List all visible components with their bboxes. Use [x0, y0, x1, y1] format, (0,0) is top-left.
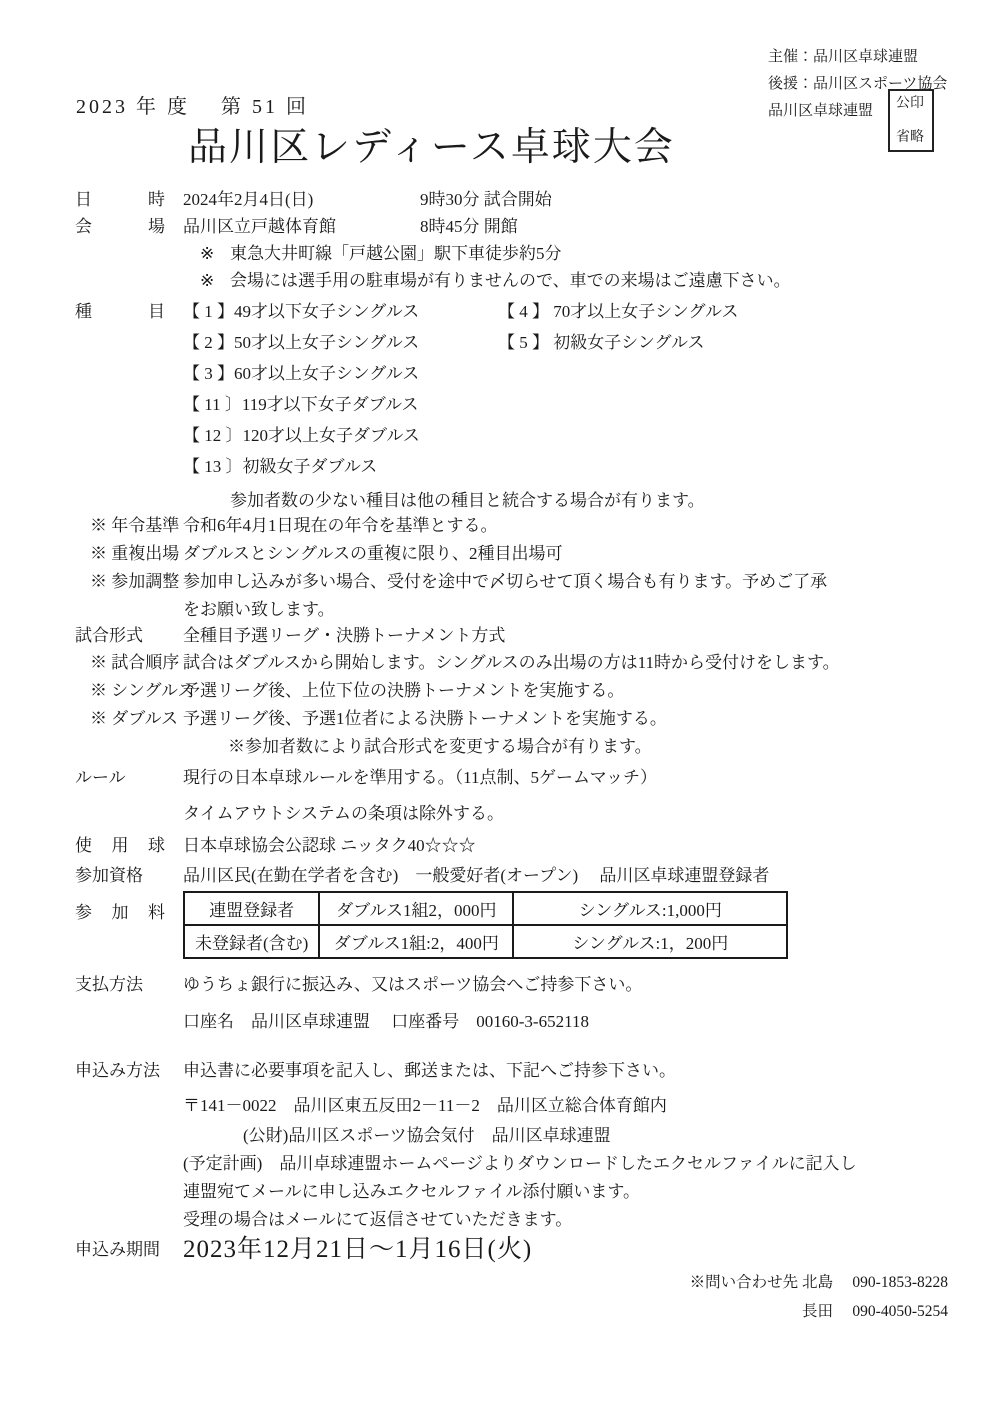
- venue-value: 品川区立戸越体育館: [183, 213, 420, 240]
- adjustment-text: 参加申し込みが多い場合、受付を途中で〆切らせて頂く場合も有ります。予めご了承: [183, 568, 827, 596]
- fee-table: 連盟登録者 ダブルス1組2，000円 シングルス:1,000円 未登録者(含む)…: [183, 891, 788, 959]
- ball-label: 使用球: [75, 832, 183, 859]
- payment-row: 支払方法 ゆうちょ銀行に振込み、又はスポーツ協会へご持参下さい。: [0, 971, 992, 998]
- bank-account-line: 口座名 品川区卓球連盟 口座番号 00160-3-652118: [0, 1008, 992, 1035]
- seal-box-line2: 省略: [896, 130, 926, 145]
- singles-format-label: ※ シングルス: [90, 677, 183, 705]
- event-item-3: 【 3 】60才以上女子シングルス: [183, 358, 498, 389]
- rules-section: ルール 現行の日本卓球ルールを準用する。（11点制、5ゲームマッチ） タイムアウ…: [0, 764, 992, 827]
- duplicate-entry-label: ※ 重複出場: [90, 540, 183, 568]
- criteria-section: ※ 年令基準 令和6年4月1日現在の年令を基準とする。 ※ 重複出場 ダブルスと…: [0, 512, 992, 624]
- parking-note-text: 会場には選手用の駐車場が有りませんので、車での来場はご遠慮下さい。: [230, 271, 791, 290]
- match-order-text: 試合はダブルスから開始します。シングルスのみ出場の方は11時から受付けをします。: [183, 649, 840, 677]
- age-criteria-row: ※ 年令基準 令和6年4月1日現在の年令を基準とする。: [0, 512, 992, 540]
- date-value: 2024年2月4日(日): [183, 186, 420, 213]
- application-period-row: 申込み期間 2023年12月21日〜1月16日(火): [0, 1232, 532, 1268]
- fee-table-row-unregistered: 未登録者(含む) ダブルス1組:2，400円 シングルス:1，200円: [184, 925, 787, 958]
- adjustment-label: ※ 参加調整: [90, 568, 183, 596]
- contact-line-nagata: 長田 090-4050-5254: [690, 1297, 948, 1326]
- ball-text: 日本卓球協会公認球 ニッタク40☆☆☆: [183, 832, 476, 859]
- mail-attachment-note: 連盟宛てメールに申し込みエクセルファイル添付願います。: [0, 1178, 992, 1206]
- format-change-note: ※参加者数により試合形式を変更する場合が有ります。: [0, 733, 992, 761]
- application-section: 申込み方法 申込書に必要事項を記入し、郵送または、下記へご持参下さい。 〒141…: [0, 1057, 992, 1234]
- duplicate-entry-text: ダブルスとシングルスの重複に限り、2種目出場可: [183, 540, 563, 568]
- application-method-text: 申込書に必要事項を記入し、郵送または、下記へご持参下さい。: [183, 1057, 676, 1092]
- schedule-section: 日時 2024年2月4日(日) 9時30分 試合開始 会場 品川区立戸越体育館 …: [0, 186, 992, 294]
- document-page: 主催：品川区卓球連盟 後援：品川区スポーツ協会 品川区卓球連盟 公印 省略 20…: [0, 0, 992, 1403]
- singles-format-row: ※ シングルス 予選リーグ後、上位下位の決勝トーナメントを実施する。: [0, 677, 992, 705]
- event-merge-note: 参加者数の少ない種目は他の種目と統合する場合が有ります。: [0, 487, 992, 515]
- access-note: ※東急大井町線「戸越公園」駅下車徒歩約5分: [0, 240, 992, 267]
- fees-label: 参加料: [75, 891, 183, 959]
- care-of-address-line: (公財)品川区スポーツ協会気付 品川区卓球連盟: [0, 1122, 992, 1150]
- duplicate-entry-row: ※ 重複出場 ダブルスとシングルスの重複に限り、2種目出場可: [0, 540, 992, 568]
- date-label: 日時: [75, 186, 183, 213]
- contact-line-kitajima: ※問い合わせ先 北島 090-1853-8228: [690, 1268, 948, 1297]
- event-row-13: 【 13 〕初級女子ダブルス: [0, 451, 992, 482]
- contact-block: ※問い合わせ先 北島 090-1853-8228 長田 090-4050-525…: [690, 1268, 948, 1326]
- adjustment-text-continued: をお願い致します。: [0, 596, 992, 624]
- match-format-row: 試合形式 全種目予選リーグ・決勝トーナメント方式: [0, 622, 992, 649]
- event-item-2: 【 2 】50才以上女子シングルス: [183, 327, 498, 358]
- match-format-section: 試合形式 全種目予選リーグ・決勝トーナメント方式 ※ 試合順序 試合はダブルスか…: [0, 622, 992, 761]
- date-row: 日時 2024年2月4日(日) 9時30分 試合開始: [0, 186, 992, 213]
- event-item-12: 【 12 〕120才以上女子ダブルス: [183, 420, 498, 451]
- sponsor-line-organizer: 主催：品川区卓球連盟: [768, 44, 947, 71]
- fee-cell: 連盟登録者: [184, 892, 319, 925]
- ball-row: 使用球 日本卓球協会公認球 ニッタク40☆☆☆: [0, 832, 992, 859]
- venue-label: 会場: [75, 213, 183, 240]
- age-criteria-label: ※ 年令基準: [90, 512, 183, 540]
- age-criteria-text: 令和6年4月1日現在の年令を基準とする。: [183, 512, 498, 540]
- events-label: 種目: [75, 296, 183, 327]
- access-note-text: 東急大井町線「戸越公園」駅下車徒歩約5分: [230, 244, 562, 263]
- page-title: 品川区レディース卓球大会: [188, 116, 675, 172]
- parking-note: ※会場には選手用の駐車場が有りませんので、車での来場はご遠慮下さい。: [0, 267, 992, 294]
- application-method-label: 申込み方法: [75, 1057, 183, 1092]
- rules-label: ルール: [75, 764, 183, 791]
- event-row-12: 【 12 〕120才以上女子ダブルス: [0, 420, 992, 451]
- doubles-format-row: ※ ダブルス 予選リーグ後、予選1位者による決勝トーナメントを実施する。: [0, 705, 992, 733]
- singles-format-text: 予選リーグ後、上位下位の決勝トーナメントを実施する。: [183, 677, 624, 705]
- event-item-11: 【 11 〕119才以下女子ダブルス: [183, 389, 498, 420]
- event-row-2: 【 2 】50才以上女子シングルス 【 5 】 初級女子シングルス: [0, 327, 992, 358]
- fee-cell: 未登録者(含む): [184, 925, 319, 958]
- eligibility-text: 品川区民(在勤在学者を含む) 一般愛好者(オープン) 品川区卓球連盟登録者: [183, 862, 769, 889]
- plan-download-note: (予定計画) 品川卓球連盟ホームページよりダウンロードしたエクセルファイルに記入…: [0, 1150, 992, 1178]
- doubles-format-label: ※ ダブルス: [90, 705, 183, 733]
- payment-text: ゆうちょ銀行に振込み、又はスポーツ協会へご持参下さい。: [183, 971, 642, 998]
- event-row-3: 【 3 】60才以上女子シングルス: [0, 358, 992, 389]
- fee-cell: シングルス:1，200円: [513, 925, 787, 958]
- payment-label: 支払方法: [75, 971, 183, 998]
- fee-cell: シングルス:1,000円: [513, 892, 787, 925]
- match-order-row: ※ 試合順序 試合はダブルスから開始します。シングルスのみ出場の方は11時から受…: [0, 649, 992, 677]
- rules-row: ルール 現行の日本卓球ルールを準用する。（11点制、5ゲームマッチ）: [0, 764, 992, 791]
- event-item-5: 【 5 】 初級女子シングルス: [498, 327, 704, 358]
- match-format-value: 全種目予選リーグ・決勝トーナメント方式: [183, 622, 505, 649]
- event-row-1: 種目 【 1 】49才以下女子シングルス 【 4 】 70才以上女子シングルス: [0, 296, 992, 327]
- match-format-label: 試合形式: [75, 622, 183, 649]
- acceptance-reply-note: 受理の場合はメールにて返信させていただきます。: [0, 1206, 992, 1234]
- fee-cell: ダブルス1組:2，400円: [319, 925, 513, 958]
- timeout-exclusion-note: タイムアウトシステムの条項は除外する。: [0, 800, 992, 827]
- open-time: 8時45分 開館: [420, 213, 518, 240]
- event-item-4: 【 4 】 70才以上女子シングルス: [498, 296, 738, 327]
- application-period-value: 2023年12月21日〜1月16日(火): [183, 1232, 532, 1268]
- seal-box-line1: 公印: [896, 96, 926, 111]
- payment-section: 支払方法 ゆうちょ銀行に振込み、又はスポーツ協会へご持参下さい。 口座名 品川区…: [0, 971, 992, 1035]
- events-section: 種目 【 1 】49才以下女子シングルス 【 4 】 70才以上女子シングルス …: [0, 296, 992, 515]
- official-seal-omitted-box: 公印 省略: [888, 89, 934, 152]
- event-item-13: 【 13 〕初級女子ダブルス: [183, 451, 498, 482]
- eligibility-label: 参加資格: [75, 862, 183, 889]
- postal-address-line: 〒141－0022 品川区東五反田2－11－2 品川区立総合体育館内: [0, 1092, 992, 1122]
- venue-row: 会場 品川区立戸越体育館 8時45分 開館: [0, 213, 992, 240]
- event-item-1: 【 1 】49才以下女子シングルス: [183, 296, 498, 327]
- edition-line: 2023 年 度 第 51 回: [76, 90, 309, 119]
- start-time: 9時30分 試合開始: [420, 186, 552, 213]
- application-method-row: 申込み方法 申込書に必要事項を記入し、郵送または、下記へご持参下さい。: [0, 1057, 992, 1092]
- reference-mark-icon: ※: [200, 240, 230, 267]
- reference-mark-icon: ※: [200, 267, 230, 294]
- eligibility-row: 参加資格 品川区民(在勤在学者を含む) 一般愛好者(オープン) 品川区卓球連盟登…: [0, 862, 992, 889]
- adjustment-row: ※ 参加調整 参加申し込みが多い場合、受付を途中で〆切らせて頂く場合も有ります。…: [0, 568, 992, 596]
- rules-text: 現行の日本卓球ルールを準用する。（11点制、5ゲームマッチ）: [183, 764, 657, 791]
- fees-section: 参加料 連盟登録者 ダブルス1組2，000円 シングルス:1,000円 未登録者…: [0, 891, 788, 959]
- match-order-label: ※ 試合順序: [90, 649, 183, 677]
- doubles-format-text: 予選リーグ後、予選1位者による決勝トーナメントを実施する。: [183, 705, 667, 733]
- event-row-11: 【 11 〕119才以下女子ダブルス: [0, 389, 992, 420]
- fee-table-row-registered: 連盟登録者 ダブルス1組2，000円 シングルス:1,000円: [184, 892, 787, 925]
- application-period-label: 申込み期間: [75, 1232, 183, 1268]
- fee-cell: ダブルス1組2，000円: [319, 892, 513, 925]
